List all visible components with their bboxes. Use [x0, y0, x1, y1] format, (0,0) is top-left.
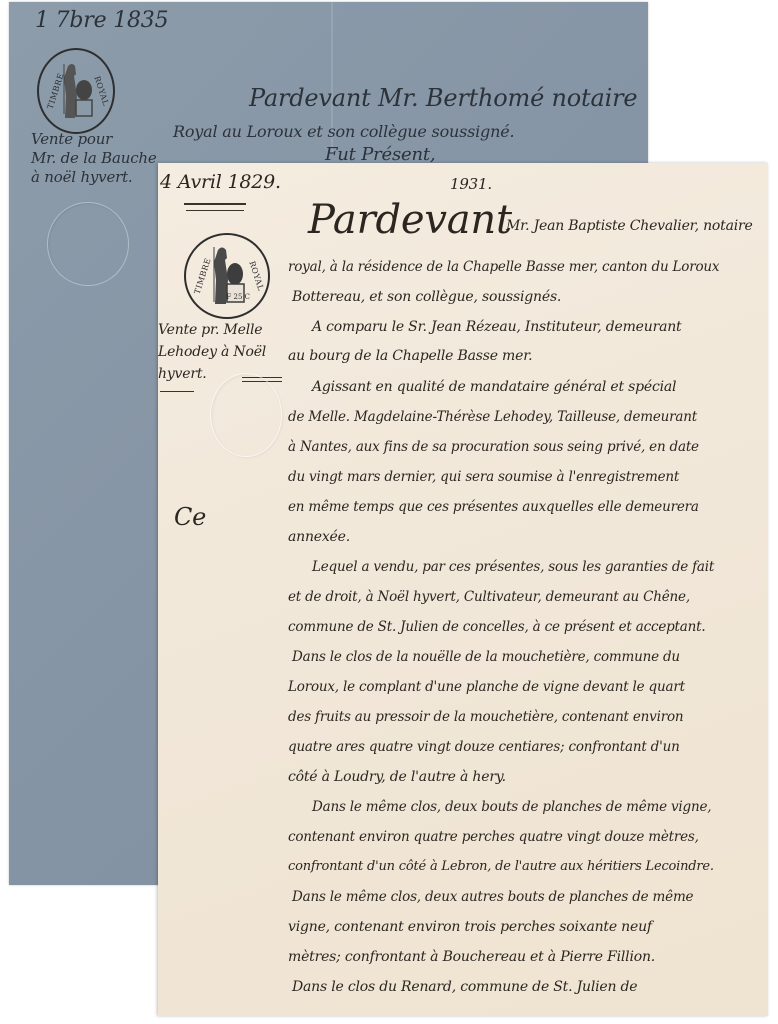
back-page-line-3: Fut Présent, [325, 144, 435, 165]
margin-note-underline [160, 391, 194, 392]
margin-mark: Ce [174, 503, 206, 531]
front-page-cream: 4 Avril 1829. 1931. TIMBRE ROYAL F 25 C … [158, 163, 768, 1016]
back-page-margin-note: Vente pour Mr. de la Bauche à noël hyver… [31, 130, 157, 187]
back-page-line-2: Royal au Loroux et son collègue soussign… [173, 122, 514, 141]
body-line: du vingt mars dernier, qui sera soumise … [288, 469, 679, 485]
body-line: A comparu le Sr. Jean Rézeau, Instituteu… [312, 319, 681, 335]
stamp-label-royal: ROYAL [248, 260, 266, 292]
body-line: annexée. [288, 529, 350, 545]
back-page-date: 1 7bre 1835 [35, 8, 168, 33]
front-page-date: 4 Avril 1829. [160, 171, 281, 193]
body-line: royal, à la résidence de la Chapelle Bas… [288, 259, 719, 275]
body-line: Bottereau, et son collègue, soussignés. [292, 289, 561, 305]
body-line: Agissant en qualité de mandataire généra… [312, 379, 676, 395]
body-line: Dans le même clos, deux autres bouts de … [292, 889, 693, 905]
body-line: Dans le clos de la nouëlle de la mouchet… [292, 649, 680, 665]
allegorical-figure-icon [54, 60, 98, 122]
body-line: vigne, contenant environ trois perches s… [288, 919, 652, 935]
body-line: Mr. Jean Baptiste Chevalier, notaire [506, 218, 753, 234]
document-heading: Pardevant [308, 197, 512, 243]
body-line: à Nantes, aux fins de sa procuration sou… [288, 439, 699, 455]
body-line: en même temps que ces présentes auxquell… [288, 499, 699, 515]
back-page-heading: Pardevant Mr. Berthomé notaire [249, 84, 637, 112]
body-line: et de droit, à Noël hyvert, Cultivateur,… [288, 589, 690, 605]
body-line: contenant environ quatre perches quatre … [288, 829, 699, 845]
body-line: mètres; confrontant à Bouchereau et à Pi… [288, 949, 655, 965]
date-underline [184, 203, 246, 205]
timbre-royal-stamp-front: TIMBRE ROYAL F 25 C [184, 233, 270, 319]
embossed-seal-back [47, 202, 129, 286]
body-line: commune de St. Julien de concelles, à ce… [288, 619, 705, 635]
body-line: quatre ares quatre vingt douze centiares… [288, 739, 680, 755]
body-line: confrontant d'un côté à Lebron, de l'aut… [288, 859, 714, 874]
body-line: Lequel a vendu, par ces présentes, sous … [312, 559, 714, 575]
body-line: côté à Loudry, de l'autre à hery. [288, 769, 506, 785]
date-underline-2 [186, 210, 244, 211]
folio-number: 1931. [450, 175, 492, 193]
body-line: Dans le même clos, deux bouts de planche… [312, 799, 711, 815]
body-line: Loroux, le complant d'une planche de vig… [288, 679, 685, 695]
body-line: de Melle. Magdelaine-Thérèse Lehodey, Ta… [288, 409, 697, 425]
body-line: Dans le clos du Renard, commune de St. J… [292, 979, 637, 995]
body-line: au bourg de la Chapelle Basse mer. [288, 348, 532, 364]
body-line: des fruits au pressoir de la mouchetière… [288, 709, 683, 725]
embossed-seal-front [210, 373, 282, 457]
timbre-royal-stamp-back: TIMBRE ROYAL [37, 48, 115, 134]
stamp-price: F 25 C [226, 293, 250, 301]
